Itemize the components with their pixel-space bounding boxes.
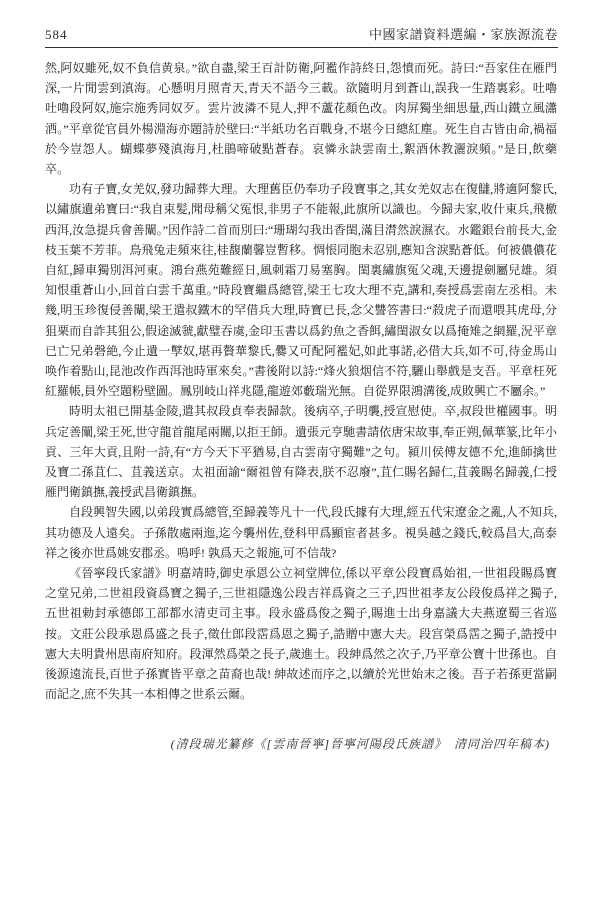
body-paragraph-3: 時明太祖已開基金陵,遣其叔段貞奉表歸款。後病卒,子明襲,授宣慰使。卒,叔段世權國… — [45, 401, 557, 502]
book-page: 584 中國家譜資料選編・家族源流卷 然,阿奴雖死,奴不負信黄泉。”欲自盡,梁王… — [0, 0, 610, 909]
body-paragraph-4: 自段興智失國,以弟段實爲總管,至歸義等凡十一代,段氏據有大理,經五代宋遼金之亂,… — [45, 502, 557, 563]
colophon: (清段瑞光纂修《[雲南晉寧]晉寧河陽段氏族譜》 清同治四年稿本) — [45, 735, 550, 752]
page-number: 584 — [45, 27, 68, 43]
body-paragraph-5: 《晉寧段氏家譜》明嘉靖時,御史承恩公立祠堂牌位,係以平章公段寶爲始祖,一世祖段賜… — [45, 563, 557, 704]
body-paragraph-1: 然,阿奴雖死,奴不負信黄泉。”欲自盡,梁王百計防衛,阿襤作詩終日,怨憤而死。詩曰… — [45, 58, 557, 179]
header-divider — [45, 47, 558, 48]
header-title: 中國家譜資料選編・家族源流卷 — [369, 24, 558, 43]
body-paragraph-2: 功有子寶,女羌奴,發功歸葬大理。大理舊臣仍奉功子段寶事之,其女羌奴志在復讎,將適… — [45, 179, 557, 401]
body-text: 然,阿奴雖死,奴不負信黄泉。”欲自盡,梁王百計防衛,阿襤作詩終日,怨憤而死。詩曰… — [45, 58, 557, 705]
page-header: 584 中國家譜資料選編・家族源流卷 — [45, 0, 558, 43]
